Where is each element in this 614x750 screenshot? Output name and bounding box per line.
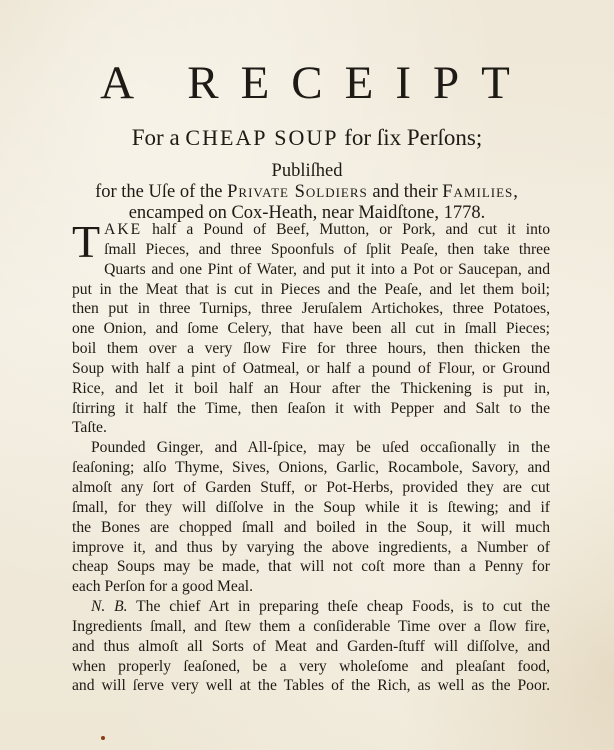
families: Families, xyxy=(442,182,519,202)
text-line: Rice, and let it boil half an Hour after… xyxy=(72,379,550,399)
text-line: then put in three Turnips, three Jeruſal… xyxy=(72,299,550,319)
text-line: almoſt any ſort of Garden Stuff, or Pot-… xyxy=(72,478,550,498)
text-line: one Onion, and ſome Celery, that have be… xyxy=(72,319,550,339)
lead-word: AKE xyxy=(104,221,142,238)
published-line: Publiſhed xyxy=(0,160,614,182)
text-line: Taſte. xyxy=(72,418,550,438)
subtitle: For a CHEAP SOUP for ſix Perſons; xyxy=(0,124,614,152)
page-title: A RECEIPT xyxy=(0,58,614,108)
text-line: and thus almoſt all Sorts of Meat and Ga… xyxy=(72,637,550,657)
text-line: cheap Soups may be made, that will not c… xyxy=(72,557,550,577)
subtitle-pre: For a xyxy=(132,125,180,150)
text-line: ſmall Pieces, and three Spoonfuls of ſpl… xyxy=(72,240,550,260)
text-line: ſeaſoning; alſo Thyme, Sives, Onions, Ga… xyxy=(72,458,550,478)
text-line: each Perſon for a good Meal. xyxy=(72,577,550,597)
paragraph-recipe: T AKE half a Pound of Beef, Mutton, or P… xyxy=(72,220,550,438)
text-line: boil them over a very ſlow Fire for thre… xyxy=(72,339,550,359)
text-line: half a Pound of Beef, Mutton, or Pork, a… xyxy=(142,221,550,238)
ink-stain xyxy=(101,736,105,740)
text-line: Pounded Ginger, and All-ſpice, may be uſ… xyxy=(72,438,550,458)
for-use-pre: for the Uſe of the xyxy=(95,182,222,202)
text-line: Ingredients ſmall, and ſtew them a conſi… xyxy=(72,617,550,637)
body-text: T AKE half a Pound of Beef, Mutton, or P… xyxy=(72,220,550,696)
text-line: Soup with half a pint of Oatmeal, or hal… xyxy=(72,359,550,379)
paragraph-seasoning: Pounded Ginger, and All-ſpice, may be uſ… xyxy=(72,438,550,597)
subtitle-post: for ſix Perſons; xyxy=(344,125,482,150)
text-line: ſmall, for they will diſſolve in the Sou… xyxy=(72,498,550,518)
paragraph-nota-bene: N. B. The chief Art in preparing theſe c… xyxy=(72,597,550,696)
text-line: ſtirring it half the Time, then ſeaſon i… xyxy=(72,399,550,419)
subtitle-caps: CHEAP SOUP xyxy=(185,125,338,150)
text-line: improve it, and thus by varying the abov… xyxy=(72,538,550,558)
text-line: and will ſerve very well at the Tables o… xyxy=(72,676,550,696)
text-line: The chief Art in preparing theſe cheap F… xyxy=(128,598,550,615)
text-line: Quarts and one Pint of Water, and put it… xyxy=(72,260,550,280)
text-line: when properly ſeaſoned, be a very wholeſ… xyxy=(72,657,550,677)
text-line: put in the Meat that is cut in Pieces an… xyxy=(72,280,550,300)
for-use-line: for the Uſe of the Private Soldiers and … xyxy=(0,181,614,203)
drop-cap: T xyxy=(72,221,100,261)
nb-label: N. B. xyxy=(91,598,128,615)
private-soldiers: Private Soldiers xyxy=(227,182,368,202)
document-page: A RECEIPT For a CHEAP SOUP for ſix Perſo… xyxy=(0,0,614,750)
for-use-mid: and their xyxy=(372,182,437,202)
text-line: the Bones are chopped ſmall and boiled i… xyxy=(72,518,550,538)
